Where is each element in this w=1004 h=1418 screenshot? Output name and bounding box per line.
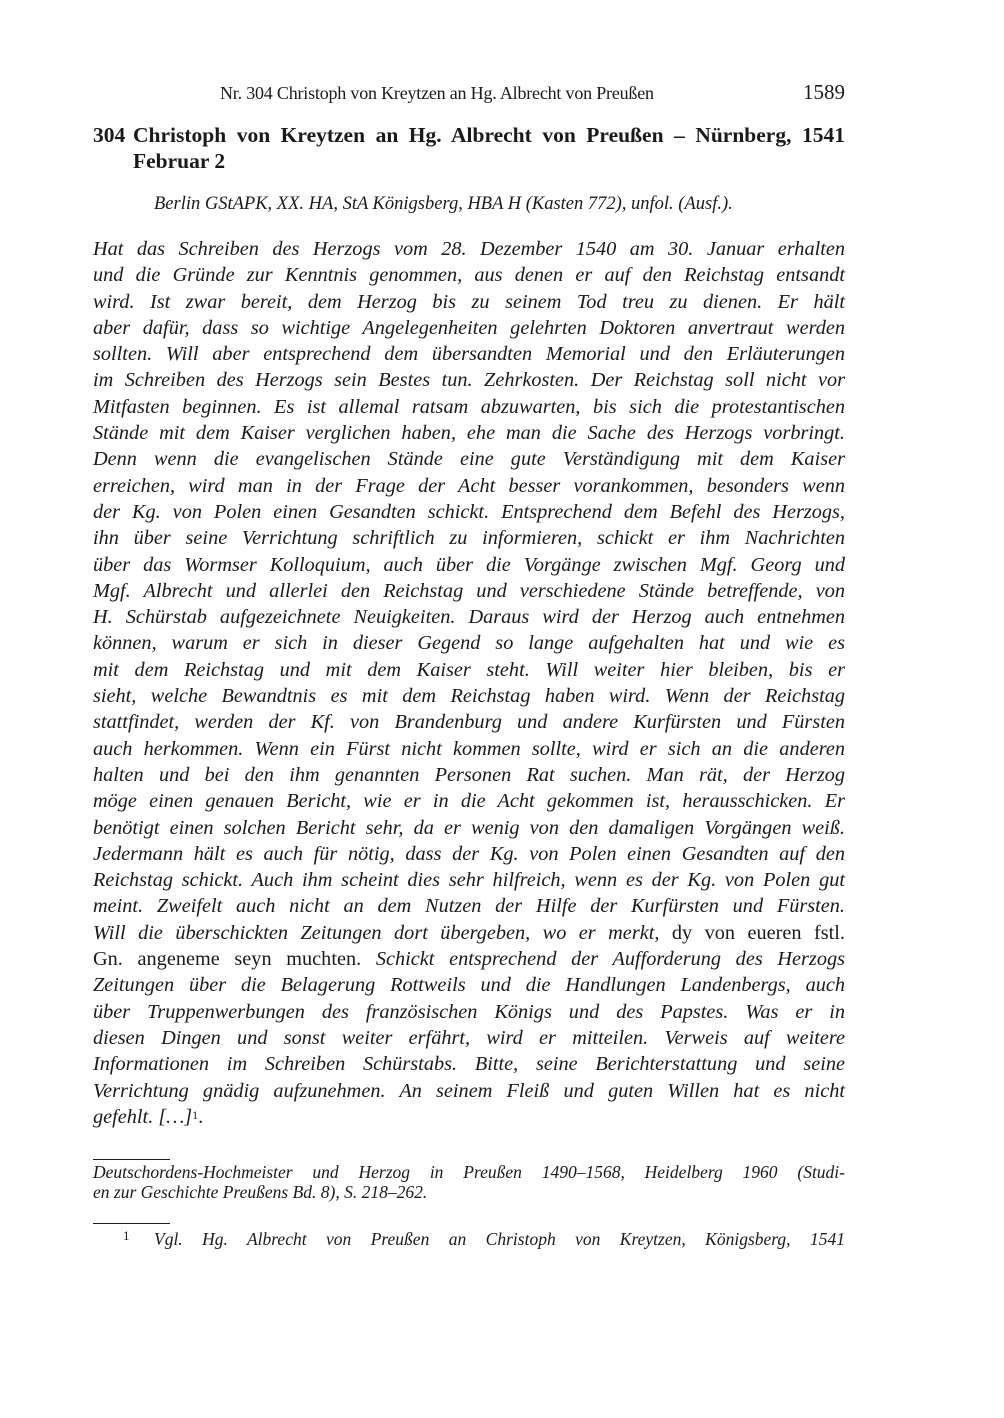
regest-line: Mitfasten beginnen. Es ist allemal ratsa… — [93, 394, 845, 420]
page-number: 1589 — [803, 80, 845, 105]
footnote-continuation: Deutschordens-Hochmeister und Herzog in … — [93, 1162, 845, 1202]
regest-line: meint. Zweifelt auch nicht an dem Nutzen… — [93, 893, 845, 919]
regest-line: Hat das Schreiben des Herzogs vom 28. De… — [93, 236, 845, 262]
regest-line: H. Schürstab aufgezeichnete Neuigkeiten.… — [93, 604, 845, 630]
regest-last-line: gefehlt. […]1. — [93, 1104, 845, 1130]
regest-line: Informationen im Schreiben Schürstabs. B… — [93, 1051, 845, 1077]
footnote-1: 1 Vgl. Hg. Albrecht von Preußen an Chris… — [93, 1228, 845, 1250]
running-head-title: Nr. 304 Christoph von Kreytzen an Hg. Al… — [220, 83, 654, 104]
regest-italic-segment: Will die überschickten Zeitungen dort üb… — [93, 922, 659, 944]
regest-line: Mgf. Albrecht und allerlei den Reichstag… — [93, 578, 845, 604]
regest-line: im Schreiben des Herzogs sein Bestes tun… — [93, 367, 845, 393]
footnote-text: Vgl. Hg. Albrecht von Preußen an Christo… — [154, 1228, 845, 1250]
regest-line: mit dem Reichstag und mit dem Kaiser ste… — [93, 657, 845, 683]
regest-line: aber dafür, dass so wichtige Angelegenhe… — [93, 315, 845, 341]
document-number: 304 — [93, 122, 125, 148]
regest-line: erreichen, wird man in der Frage der Ach… — [93, 473, 845, 499]
regest-line: Zeitungen über die Belagerung Rottweils … — [93, 972, 845, 998]
footnote-separator — [93, 1159, 170, 1160]
regest-line: Jedermann hält es auch für nötig, dass d… — [93, 841, 845, 867]
footnote-continuation-line: Deutschordens-Hochmeister und Herzog in … — [93, 1162, 845, 1182]
regest-line: diesen Dingen und sonst weiter erfährt, … — [93, 1025, 845, 1051]
archival-source: Berlin GStAPK, XX. HA, StA Königsberg, H… — [154, 194, 733, 215]
regest-line: möge einen genauen Bericht, wie er in di… — [93, 788, 845, 814]
regest-line: benötigt einen solchen Bericht sehr, da … — [93, 815, 845, 841]
regest-italic-segment: Schickt entsprechend der Aufforderung de… — [361, 948, 845, 970]
running-head: Nr. 304 Christoph von Kreytzen an Hg. Al… — [93, 80, 845, 106]
regest-body: Hat das Schreiben des Herzogs vom 28. De… — [93, 236, 845, 1130]
regest-line-mixed: Gn. angeneme seyn muchten. Schickt entsp… — [93, 946, 845, 972]
quotation-segment: Gn. angeneme seyn muchten. — [93, 948, 361, 970]
footnote-reference[interactable]: 1 — [192, 1108, 198, 1122]
regest-line: halten und bei den ihm genannten Persone… — [93, 762, 845, 788]
regest-last-text: gefehlt. […] — [93, 1106, 192, 1128]
document-title: Christoph von Kreytzen an Hg. Albrecht v… — [133, 122, 845, 174]
footnote-mark: 1 — [123, 1225, 130, 1247]
regest-line: Verrichtung gnädig aufzunehmen. An seine… — [93, 1078, 845, 1104]
regest-line: auch herkommen. Wenn ein Fürst nicht kom… — [93, 736, 845, 762]
regest-line: sieht, welche Bewandtnis es mit dem Reic… — [93, 683, 845, 709]
regest-line: Denn wenn die evangelischen Stände eine … — [93, 446, 845, 472]
quotation-segment: dy von eueren fstl. — [659, 922, 845, 944]
regest-line: und die Gründe zur Kenntnis genommen, au… — [93, 262, 845, 288]
regest-line: sollten. Will aber entsprechend dem über… — [93, 341, 845, 367]
regest-line: der Kg. von Polen einen Gesandten schick… — [93, 499, 845, 525]
regest-line: wird. Ist zwar bereit, dem Herzog bis zu… — [93, 289, 845, 315]
regest-line: über Truppenwerbungen des französischen … — [93, 999, 845, 1025]
regest-line: können, warum er sich in dieser Gegend s… — [93, 630, 845, 656]
regest-final-period: . — [198, 1106, 203, 1128]
regest-line: stattfindet, werden der Kf. von Brandenb… — [93, 709, 845, 735]
footnote-separator — [93, 1223, 170, 1224]
document-heading: 304 Christoph von Kreytzen an Hg. Albrec… — [93, 122, 845, 174]
regest-line: Stände mit dem Kaiser verglichen haben, … — [93, 420, 845, 446]
regest-line: über das Wormser Kolloquium, auch über d… — [93, 552, 845, 578]
regest-line-mixed: Will die überschickten Zeitungen dort üb… — [93, 920, 845, 946]
regest-line: ihn über seine Verrichtung schriftlich z… — [93, 525, 845, 551]
footnote-continuation-line: en zur Geschichte Preußens Bd. 8), S. 21… — [93, 1182, 845, 1202]
regest-line: Reichstag schickt. Auch ihm scheint dies… — [93, 867, 845, 893]
